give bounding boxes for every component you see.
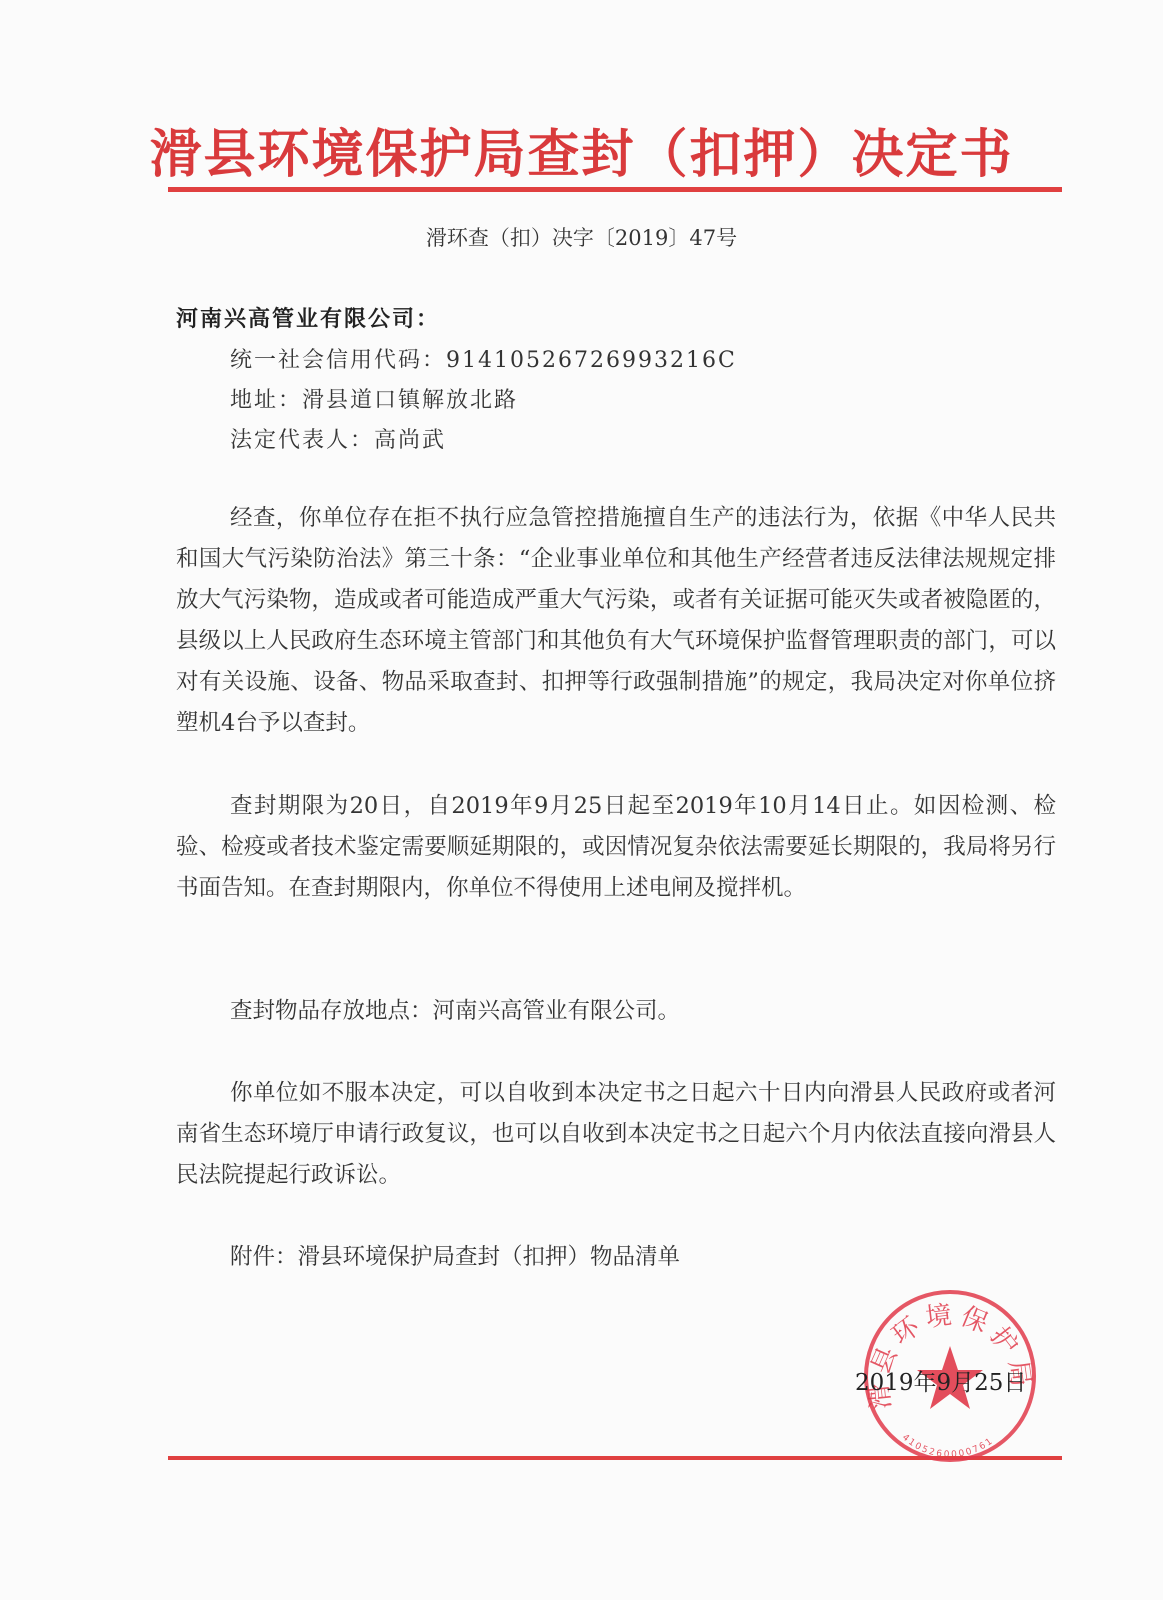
svg-text:4105260000761: 4105260000761 xyxy=(900,1433,996,1460)
addressee: 河南兴高管业有限公司： xyxy=(176,302,440,333)
seal-code: 4105260000761 xyxy=(900,1433,996,1460)
paragraph-seal-period: 查封期限为20日，自2019年9月25日起至2019年10月14日止。如因检测、… xyxy=(176,786,1056,909)
document-title: 滑县环境保护局查封（扣押）决定书 xyxy=(0,112,1163,187)
title-divider xyxy=(168,187,1062,192)
paragraph-attachment: 附件：滑县环境保护局查封（扣押）物品清单 xyxy=(176,1237,1056,1278)
credit-code: 统一社会信用代码：91410526726993216C xyxy=(230,343,737,374)
legal-representative: 法定代表人：高尚武 xyxy=(230,423,446,454)
paragraph-appeal-rights: 你单位如不服本决定，可以自收到本决定书之日起六十日内向滑县人民政府或者河南省生态… xyxy=(176,1073,1056,1196)
issue-date: 2019年9月25日 xyxy=(855,1364,1026,1397)
document-number: 滑环查（扣）决字〔2019〕47号 xyxy=(0,222,1163,252)
address: 地址：滑县道口镇解放北路 xyxy=(230,383,518,414)
paragraph-violation: 经查，你单位存在拒不执行应急管控措施擅自生产的违法行为，依据《中华人民共和国大气… xyxy=(176,498,1056,744)
paragraph-storage-location: 查封物品存放地点：河南兴高管业有限公司。 xyxy=(176,991,1056,1032)
